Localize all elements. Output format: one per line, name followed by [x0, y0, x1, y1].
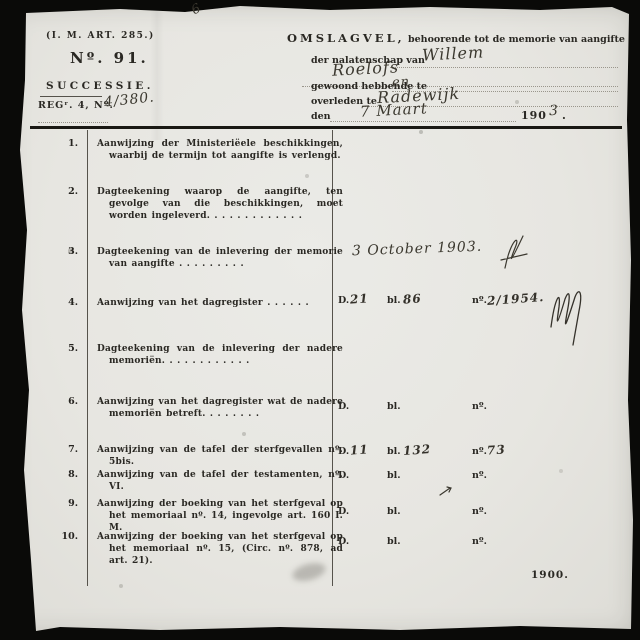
form-edition-year: 1900. [531, 569, 569, 581]
deel-label: D. [338, 470, 349, 481]
blad-value-handwritten: 86 [403, 291, 423, 306]
question-text: Dagteekening waarop de aangifte, ten gev… [97, 186, 343, 222]
question-text: Aanwijzing van de tafel der testamenten,… [97, 469, 343, 493]
deel-label: D. [338, 536, 349, 547]
year-digit-handwritten: 3 [549, 103, 560, 119]
paper-fold-shade [150, 0, 164, 140]
form-subtitle: behoorende tot de memorie van aangifte [408, 34, 625, 45]
signature-flourish-icon [545, 283, 597, 349]
blad-label: bl. [387, 446, 401, 457]
nummer-label: nº. [472, 470, 487, 481]
question-text: Aanwijzing der Ministeriëele beschikking… [97, 138, 343, 162]
deel-label: D. [338, 401, 349, 412]
blad-label: bl. [387, 506, 401, 517]
death-date-value: 7 Maart [360, 99, 429, 121]
year-printed: 190 [521, 109, 547, 122]
question-number: 1. [52, 138, 78, 149]
question-number: 2. [52, 186, 78, 197]
paraph-flourish-icon [497, 230, 531, 276]
article-reference: (I. M. ART. 285.) [46, 31, 155, 41]
year-period: . [562, 109, 566, 122]
answer-row: D. bl. nº. [333, 536, 633, 552]
answer-row: D. bl. nº. [333, 470, 633, 486]
table-vertical-rule-left [87, 130, 88, 586]
deel-value-handwritten: 21 [350, 291, 370, 306]
question-text: Aanwijzing van de tafel der sterfgevalle… [97, 444, 343, 468]
question-text: Aanwijzing der boeking van het sterfgeva… [97, 498, 343, 534]
question-text: Dagteekening van de inlevering der memor… [97, 246, 343, 270]
question-number: 5. [52, 343, 78, 354]
deel-label: D. [338, 295, 349, 306]
form-number: Nº. 91. [70, 49, 149, 67]
question-number: 3. [52, 246, 78, 257]
question-text: Aanwijzing van het dagregister . . . . .… [97, 297, 343, 309]
question-number: 10. [52, 531, 78, 542]
blad-label: bl. [387, 401, 401, 412]
fill-line [330, 120, 516, 122]
question-number: 4. [52, 297, 78, 308]
nummer-label: nº. [472, 295, 487, 306]
nummer-value-handwritten: 73 [487, 442, 507, 457]
fill-line [390, 66, 618, 68]
register-label: REGʳ. 4, Nº. [38, 100, 114, 111]
deceased-first-name: Willem [422, 42, 485, 64]
scanned-document: (I. M. ART. 285.) Nº. 91. SUCCESSIE. REG… [0, 0, 640, 640]
scan-speckles [0, 0, 2, 2]
nummer-label: nº. [472, 536, 487, 547]
form-title: OMSLAGVEL, [287, 31, 405, 45]
nummer-value-handwritten: 2/1954. [487, 290, 545, 308]
divider-rule [40, 96, 102, 97]
deceased-last-name: Roelofs [332, 57, 400, 79]
answer-row: D. bl. nº. [333, 401, 633, 417]
nummer-label: nº. [472, 446, 487, 457]
deel-value-handwritten: 11 [350, 442, 370, 457]
date-label: den [311, 111, 331, 122]
answer-row: D. 11 bl. 132 nº. 73 [333, 446, 633, 462]
question-text: Aanwijzing van het dagregister wat de na… [97, 396, 343, 420]
dotted-rule [38, 121, 108, 123]
question-number: 8. [52, 469, 78, 480]
question-number: 7. [52, 444, 78, 455]
table-top-rule [30, 126, 622, 129]
pen-tick-icon [438, 485, 454, 497]
deel-label: D. [338, 506, 349, 517]
nummer-label: nº. [472, 506, 487, 517]
question-number: 6. [52, 396, 78, 407]
question-text: Aanwijzing der boeking van het sterfgeva… [97, 531, 343, 567]
deel-label: D. [338, 446, 349, 457]
nummer-label: nº. [472, 401, 487, 412]
blad-value-handwritten: 132 [403, 442, 432, 458]
blad-label: bl. [387, 536, 401, 547]
question-number: 9. [52, 498, 78, 509]
blad-label: bl. [387, 470, 401, 481]
blad-label: bl. [387, 295, 401, 306]
question-text: Dagteekening van de inlevering der nader… [97, 343, 343, 367]
answer-row: D. bl. nº. [333, 506, 633, 522]
